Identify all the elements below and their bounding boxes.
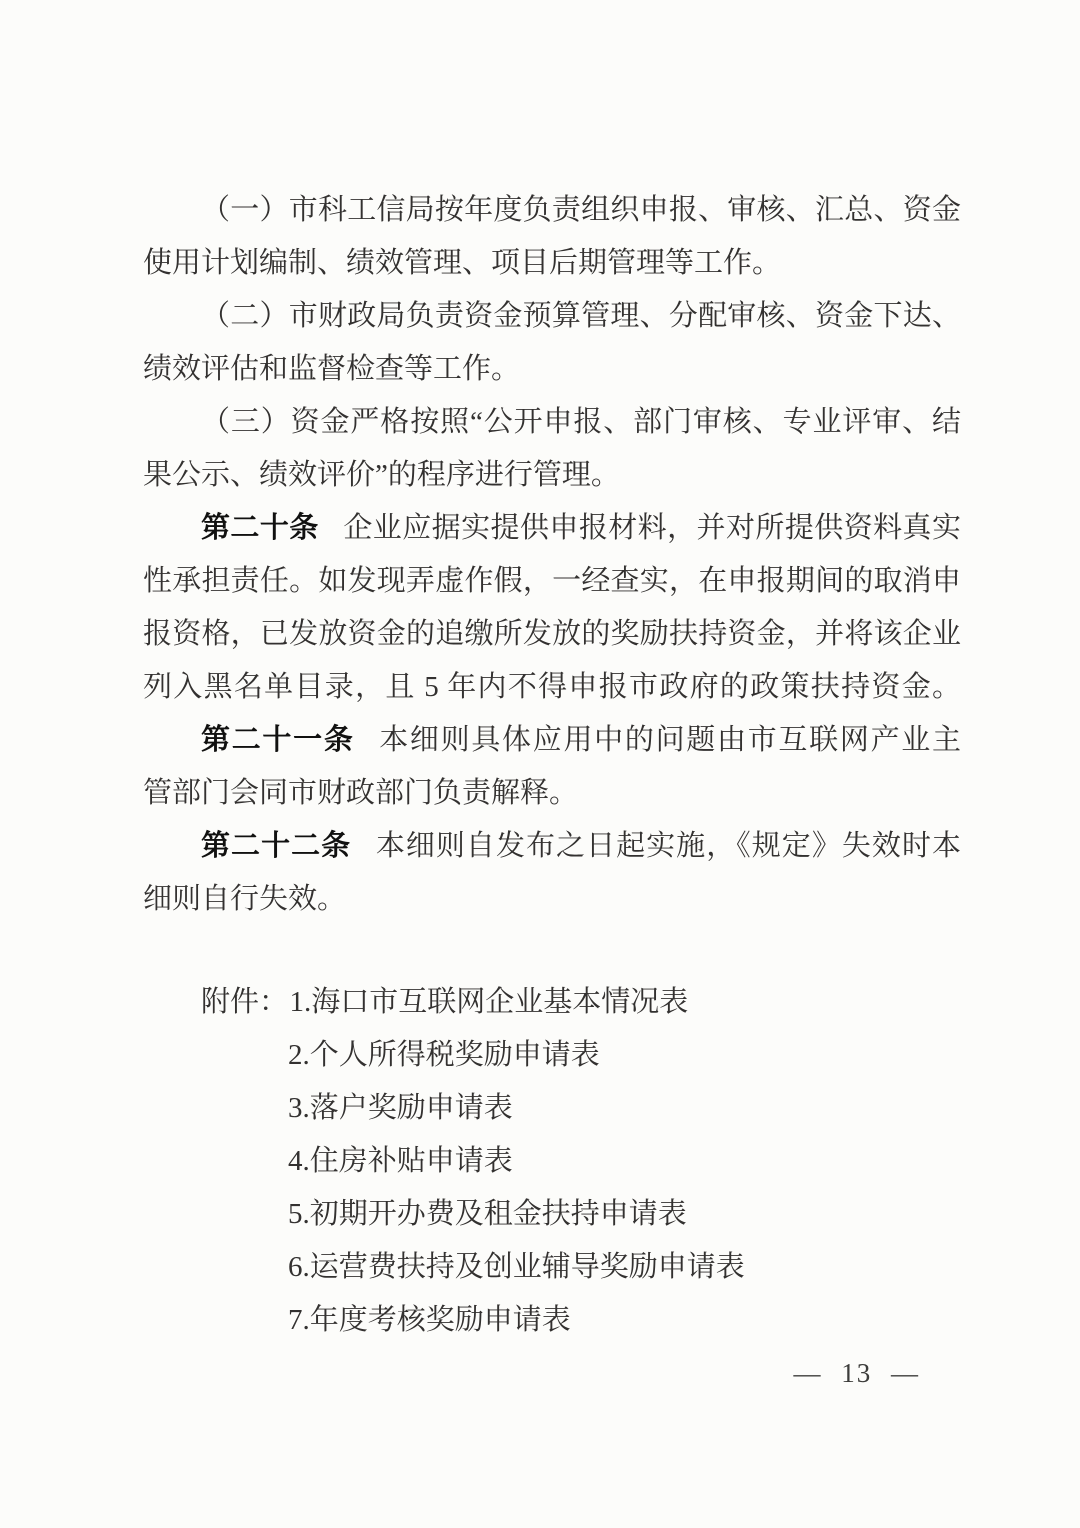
document-body: （一）市科工信局按年度负责组织申报、审核、汇总、资金使用计划编制、绩效管理、项目… [143, 184, 961, 1347]
attachment-item: 1.海口市互联网企业基本情况表 [289, 986, 688, 1018]
attachment-item: 3.落户奖励申请表 [143, 1082, 961, 1135]
article-line: 第二十二条本细则自发布之日起实施，《规定》失效时本 [143, 820, 961, 873]
text-line: 细则自行失效。 [143, 873, 961, 926]
text-line: （二）市财政局负责资金预算管理、分配审核、资金下达、 [143, 290, 961, 343]
attachment-item: 6.运营费扶持及创业辅导奖励申请表 [143, 1241, 961, 1294]
article-number: 第二十一条 [201, 724, 355, 756]
text-line: （三）资金严格按照“公开申报、部门审核、专业评审、结 [143, 396, 961, 449]
page-footer: — 13 — [794, 1356, 921, 1390]
article-line: 第二十条企业应据实提供申报材料，并对所提供资料真实 [143, 502, 961, 555]
article-line: 第二十一条本细则具体应用中的问题由市互联网产业主 [143, 714, 961, 767]
page-number: — 13 — [794, 1358, 921, 1388]
attachments-section: 附件：1.海口市互联网企业基本情况表2.个人所得税奖励申请表3.落户奖励申请表4… [143, 976, 961, 1347]
article-text: 本细则自发布之日起实施，《规定》失效时本 [376, 830, 961, 862]
document-page: （一）市科工信局按年度负责组织申报、审核、汇总、资金使用计划编制、绩效管理、项目… [0, 0, 1080, 1528]
text-line: （一）市科工信局按年度负责组织申报、审核、汇总、资金 [143, 184, 961, 237]
text-line: 使用计划编制、绩效管理、项目后期管理等工作。 [143, 237, 961, 290]
document-paragraphs: （一）市科工信局按年度负责组织申报、审核、汇总、资金使用计划编制、绩效管理、项目… [143, 184, 961, 926]
attachment-first-line: 附件：1.海口市互联网企业基本情况表 [143, 976, 961, 1029]
text-line: 管部门会同市财政部门负责解释。 [143, 767, 961, 820]
article-text: 企业应据实提供申报材料，并对所提供资料真实 [343, 512, 961, 544]
attachment-item: 4.住房补贴申请表 [143, 1135, 961, 1188]
text-line: 果公示、绩效评价”的程序进行管理。 [143, 449, 961, 502]
attachment-item: 7.年度考核奖励申请表 [143, 1294, 961, 1347]
text-line: 报资格，已发放资金的追缴所发放的奖励扶持资金，并将该企业 [143, 608, 961, 661]
attachment-item: 5.初期开办费及租金扶持申请表 [143, 1188, 961, 1241]
text-line: 列入黑名单目录，且 5 年内不得申报市政府的政策扶持资金。 [143, 661, 961, 714]
text-line: 绩效评估和监督检查等工作。 [143, 343, 961, 396]
article-number: 第二十二条 [201, 830, 351, 862]
text-line: 性承担责任。如发现弄虚作假，一经查实，在申报期间的取消申 [143, 555, 961, 608]
attachment-item: 2.个人所得税奖励申请表 [143, 1029, 961, 1082]
article-text: 本细则具体应用中的问题由市互联网产业主 [379, 724, 961, 756]
article-number: 第二十条 [201, 512, 319, 544]
attachments-label: 附件： [201, 986, 288, 1018]
